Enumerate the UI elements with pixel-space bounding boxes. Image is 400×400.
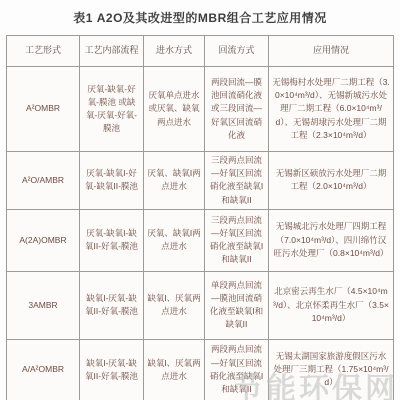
table-row: A/A²OMBR 缺氧I-厌氧-缺氧II-好氧-膜池 缺氧I、厌氧两点进水 两段…	[7, 339, 394, 400]
table-row: 3AMBR 缺氧I-厌氧-缺氧II-好氧-膜池 缺氧I、厌氧两点进水 单段两点回…	[7, 271, 394, 339]
cell-process: A²O/AMBR	[7, 152, 80, 210]
cell-inlet-mode: 缺氧I、厌氧两点进水	[144, 339, 205, 400]
cell-process: A/A²OMBR	[7, 339, 80, 400]
document-page: 表1 A2O及其改进型的MBR组合工艺应用情况 工艺形式 工艺内部流程 进水方式…	[0, 0, 400, 400]
column-header-reflux-mode: 回流方式	[205, 36, 269, 67]
cell-reflux-mode: 两段两点回流—好氧区回流硝化液至缺氧I和缺氧II	[205, 339, 269, 400]
table-header-row: 工艺形式 工艺内部流程 进水方式 回流方式 应用情况	[7, 36, 394, 67]
cell-internal-flow: 厌氧-缺氧I-缺氧II-好氧-膜池	[80, 209, 144, 271]
cell-application: 无锡新区硕放污水处理厂二期工程（2.0×10⁴m³/d）	[269, 152, 394, 210]
column-header-process: 工艺形式	[7, 36, 80, 67]
cell-process: 3AMBR	[7, 271, 80, 339]
cell-inlet-mode: 缺氧I、厌氧两点进水	[144, 271, 205, 339]
cell-internal-flow: 厌氧-缺氧-好氧-膜池 或缺氧-厌氧-好氧-膜池	[80, 67, 144, 152]
cell-inlet-mode: 厌氧、缺氧I两点进水	[144, 152, 205, 210]
column-header-application: 应用情况	[269, 36, 394, 67]
cell-reflux-mode: 两段回流—膜池回流硝化液 或三段回流—好氧区回流硝化液	[205, 67, 269, 152]
table-row: A(2A)OMBR 厌氧-缺氧I-缺氧II-好氧-膜池 厌氧、缺氧I两点进水 三…	[7, 209, 394, 271]
mbr-process-table: 工艺形式 工艺内部流程 进水方式 回流方式 应用情况 A²OMBR 厌氧-缺氧-…	[6, 35, 394, 400]
cell-process: A²OMBR	[7, 67, 80, 152]
table-row: A²O/AMBR 厌氧-缺氧I-好氧-缺氧II-膜池 厌氧、缺氧I两点进水 三段…	[7, 152, 394, 210]
cell-application: 无锡梅村水处理厂二期工程（3.0×10⁴m³/d）、无锡新城污水处理厂二期工程（…	[269, 67, 394, 152]
cell-internal-flow: 缺氧I-厌氧-缺氧II-好氧-膜池	[80, 271, 144, 339]
cell-application: 无锡城北污水处理厂四期工程（7.0×10⁴m³/d）、四川绵竹汉旺污水处理厂（0…	[269, 209, 394, 271]
cell-application: 北京密云再生水厂（4.5×10⁴m³/d）、北京怀柔再生水厂（3.5×10⁴m³…	[269, 271, 394, 339]
cell-reflux-mode: 三段两点回流—好氧区回流硝化液至缺氧I和缺氧II	[205, 209, 269, 271]
cell-inlet-mode: 厌氧单点进水或厌氧、缺氧两点进水	[144, 67, 205, 152]
table-title: 表1 A2O及其改进型的MBR组合工艺应用情况	[0, 0, 400, 26]
cell-process: A(2A)OMBR	[7, 209, 80, 271]
table-row: A²OMBR 厌氧-缺氧-好氧-膜池 或缺氧-厌氧-好氧-膜池 厌氧单点进水或厌…	[7, 67, 394, 152]
cell-internal-flow: 厌氧-缺氧I-好氧-缺氧II-膜池	[80, 152, 144, 210]
cell-reflux-mode: 单段两点回流—膜池回流硝化液至缺氧I和缺氧II	[205, 271, 269, 339]
cell-inlet-mode: 厌氧、缺氧I两点进水	[144, 209, 205, 271]
cell-application: 无锡太湖国家旅游度假区污水处理厂三期工程（1.75×10⁴m³/d）	[269, 339, 394, 400]
cell-reflux-mode: 三段两点回流—好氧区回流硝化液至缺氧I和缺氧II	[205, 152, 269, 210]
cell-internal-flow: 缺氧I-厌氧-缺氧II-好氧-膜池	[80, 339, 144, 400]
column-header-inlet-mode: 进水方式	[144, 36, 205, 67]
column-header-internal-flow: 工艺内部流程	[80, 36, 144, 67]
